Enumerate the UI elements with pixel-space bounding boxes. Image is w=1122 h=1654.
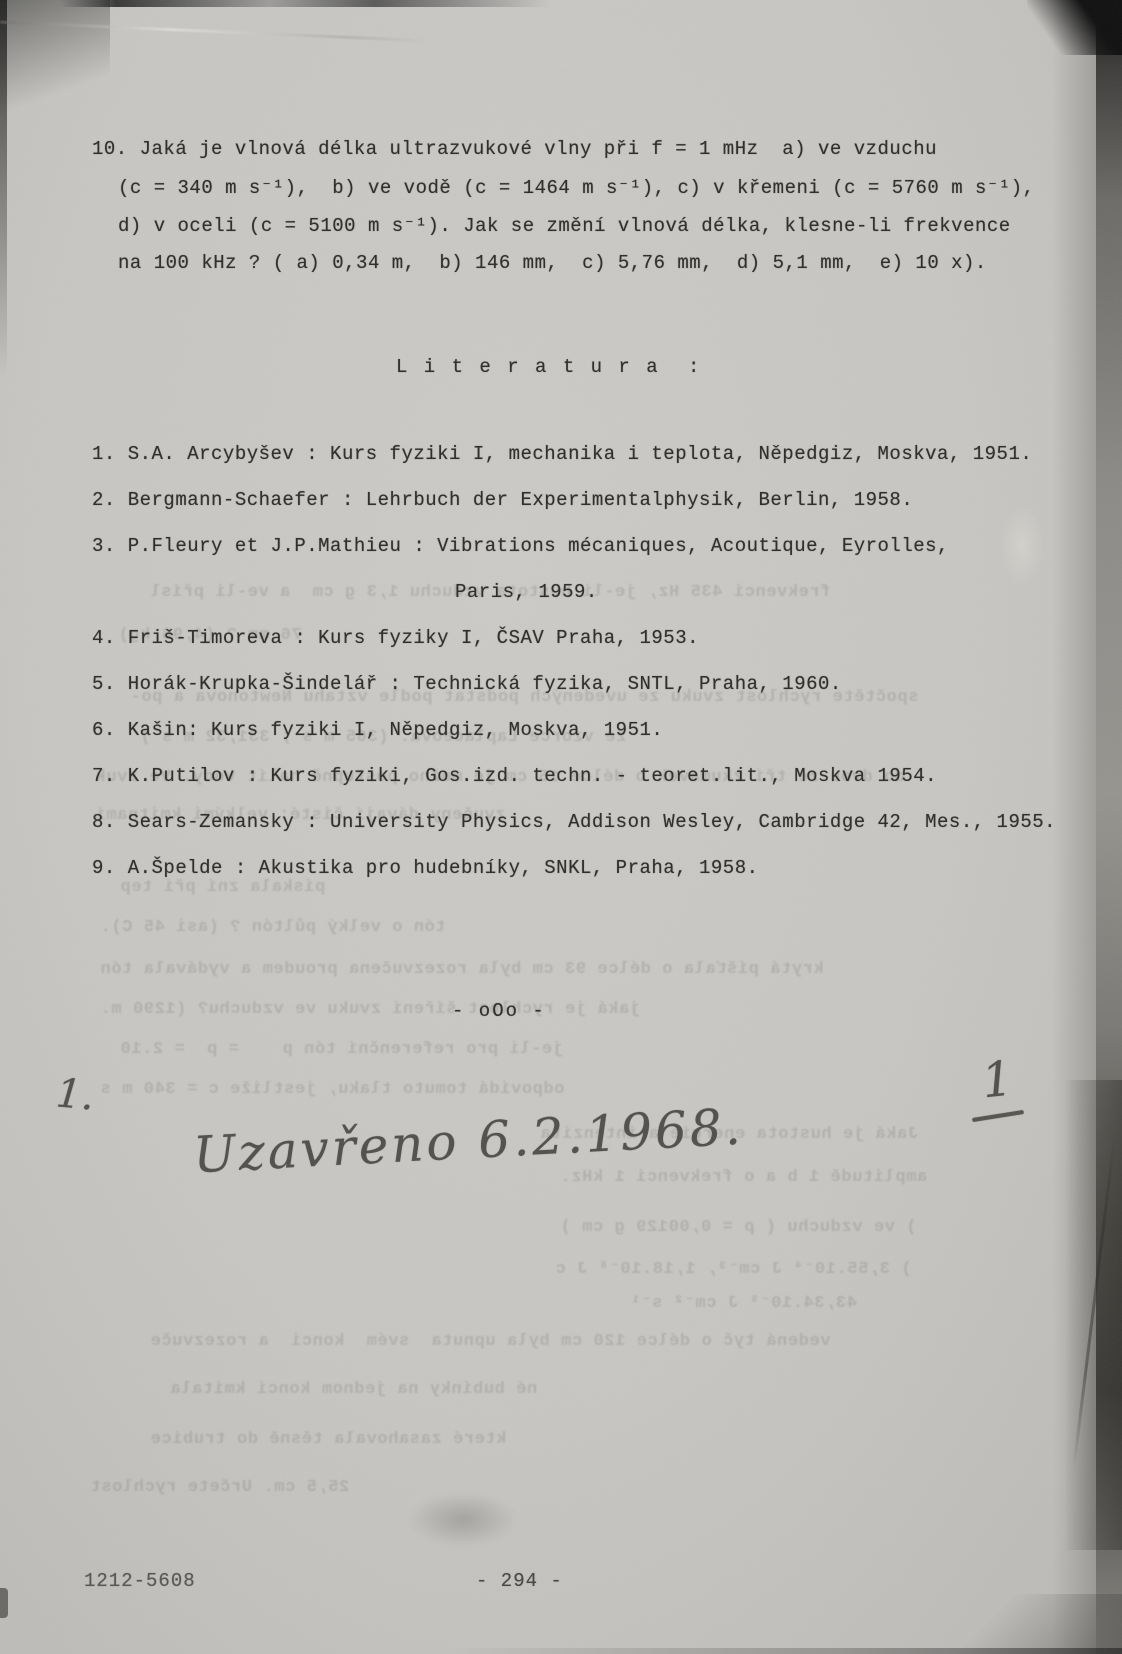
scan-right-edge <box>1096 0 1122 1654</box>
scan-corner-top-right <box>1027 0 1122 55</box>
reference-item: 2. Bergmann-Schaefer : Lehrbuch der Expe… <box>92 489 913 511</box>
paper-light-patch <box>1000 505 1044 585</box>
reference-item: 6. Kašin: Kurs fyziki I, Něpedgiz, Moskv… <box>92 719 663 741</box>
scan-top-edge <box>60 0 760 7</box>
reference-item: 9. A.Špelde : Akustika pro hudebníky, SN… <box>92 857 759 879</box>
scan-left-edge <box>0 0 7 420</box>
bleedthrough-line: amplitudě 1 b a o frekvenci 1 kHz. <box>560 1168 927 1187</box>
bleedthrough-line: jaká je rychlost šíření zvuku ve vzduchu… <box>100 1000 640 1019</box>
literatura-heading: L i t e r a t u r a : <box>396 356 702 378</box>
bleedthrough-line: ) ve vzduchu ( ρ = 0,00129 g cm ) <box>560 1218 916 1237</box>
page-number: - 294 - <box>476 1570 563 1592</box>
problem-line: d) v oceli (c = 5100 m s⁻¹). Jak se změn… <box>118 214 1011 237</box>
bleedthrough-line: ) 3,55.10⁻⁴ J cm⁻³, 1,18.10⁻⁸ J c <box>555 1258 912 1279</box>
paper-stain <box>408 1492 518 1547</box>
bleedthrough-line: pískala zní při tep <box>120 878 325 897</box>
bleedthrough-line: tón o velký půltón ? (asi 45 C). <box>100 918 446 937</box>
bleedthrough-line: 25,5 cm. Určete rychlost <box>90 1478 349 1497</box>
scan-bottom-edge <box>0 1648 1122 1654</box>
handwritten-left-mark: 1. <box>54 1070 96 1119</box>
bleedthrough-line: krytá píšťala o délce 93 cm byla rozezvu… <box>100 960 824 979</box>
handwritten-right-mark: 1 <box>979 1051 1015 1110</box>
scan-corner-bottom-right <box>902 1594 1122 1654</box>
bleedthrough-line: je-li pro referenční tón p = p = 2.10 <box>120 1040 563 1059</box>
bleedthrough-line: vedená tyč o délce 120 cm byla upnuta sv… <box>150 1332 831 1351</box>
reference-item: 3. P.Fleury et J.P.Mathieu : Vibrations … <box>92 535 949 557</box>
print-code: 1212-5608 <box>84 1570 196 1592</box>
reference-item: 5. Horák-Krupka-Šindelář : Technická fyz… <box>92 673 842 695</box>
bleedthrough-line: odpovídá tomuto tlaku, jestliže c = 340 … <box>100 1080 564 1099</box>
scanned-document-page: frekvenci 435 Hz, je-li hustota vzduchu … <box>0 0 1122 1654</box>
dinkus-separator: - oOo - <box>452 1000 546 1022</box>
handwritten-right-underline <box>972 1110 1024 1122</box>
reference-item: 4. Friš-Timoreva : Kurs fyziky I, ČSAV P… <box>92 627 699 649</box>
problem-line: na 100 kHz ? ( a) 0,34 m, b) 146 mm, c) … <box>118 252 987 274</box>
problem-line: (c = 340 m s⁻¹), b) ve vodě (c = 1464 m … <box>118 176 1035 199</box>
paper-crease <box>0 21 430 43</box>
reference-item: 8. Sears-Zemansky : University Physics, … <box>92 811 1056 833</box>
reference-continuation: Paris, 1959. <box>455 581 598 603</box>
scan-right-shadow <box>1052 0 1100 1654</box>
scan-left-nick <box>0 1588 8 1618</box>
reference-item: 7. K.Putilov : Kurs fyziki, Gos.izd. tec… <box>92 765 937 787</box>
page-fold-crease <box>1072 1131 1116 1469</box>
reference-item: 1. S.A. Arcybyšev : Kurs fyziki I, mecha… <box>92 443 1032 465</box>
problem-line: 10. Jaká je vlnová délka ultrazvukové vl… <box>92 138 937 160</box>
page-curl-shadow <box>1050 1080 1122 1550</box>
bleedthrough-line: které zasahovala těsně do trubice <box>150 1430 506 1449</box>
bleedthrough-line: 43,34.10⁻⁹ J cm⁻² s⁻¹ <box>630 1292 857 1313</box>
bleedthrough-line: né bubínky na jednom konci kmitala <box>170 1380 537 1399</box>
